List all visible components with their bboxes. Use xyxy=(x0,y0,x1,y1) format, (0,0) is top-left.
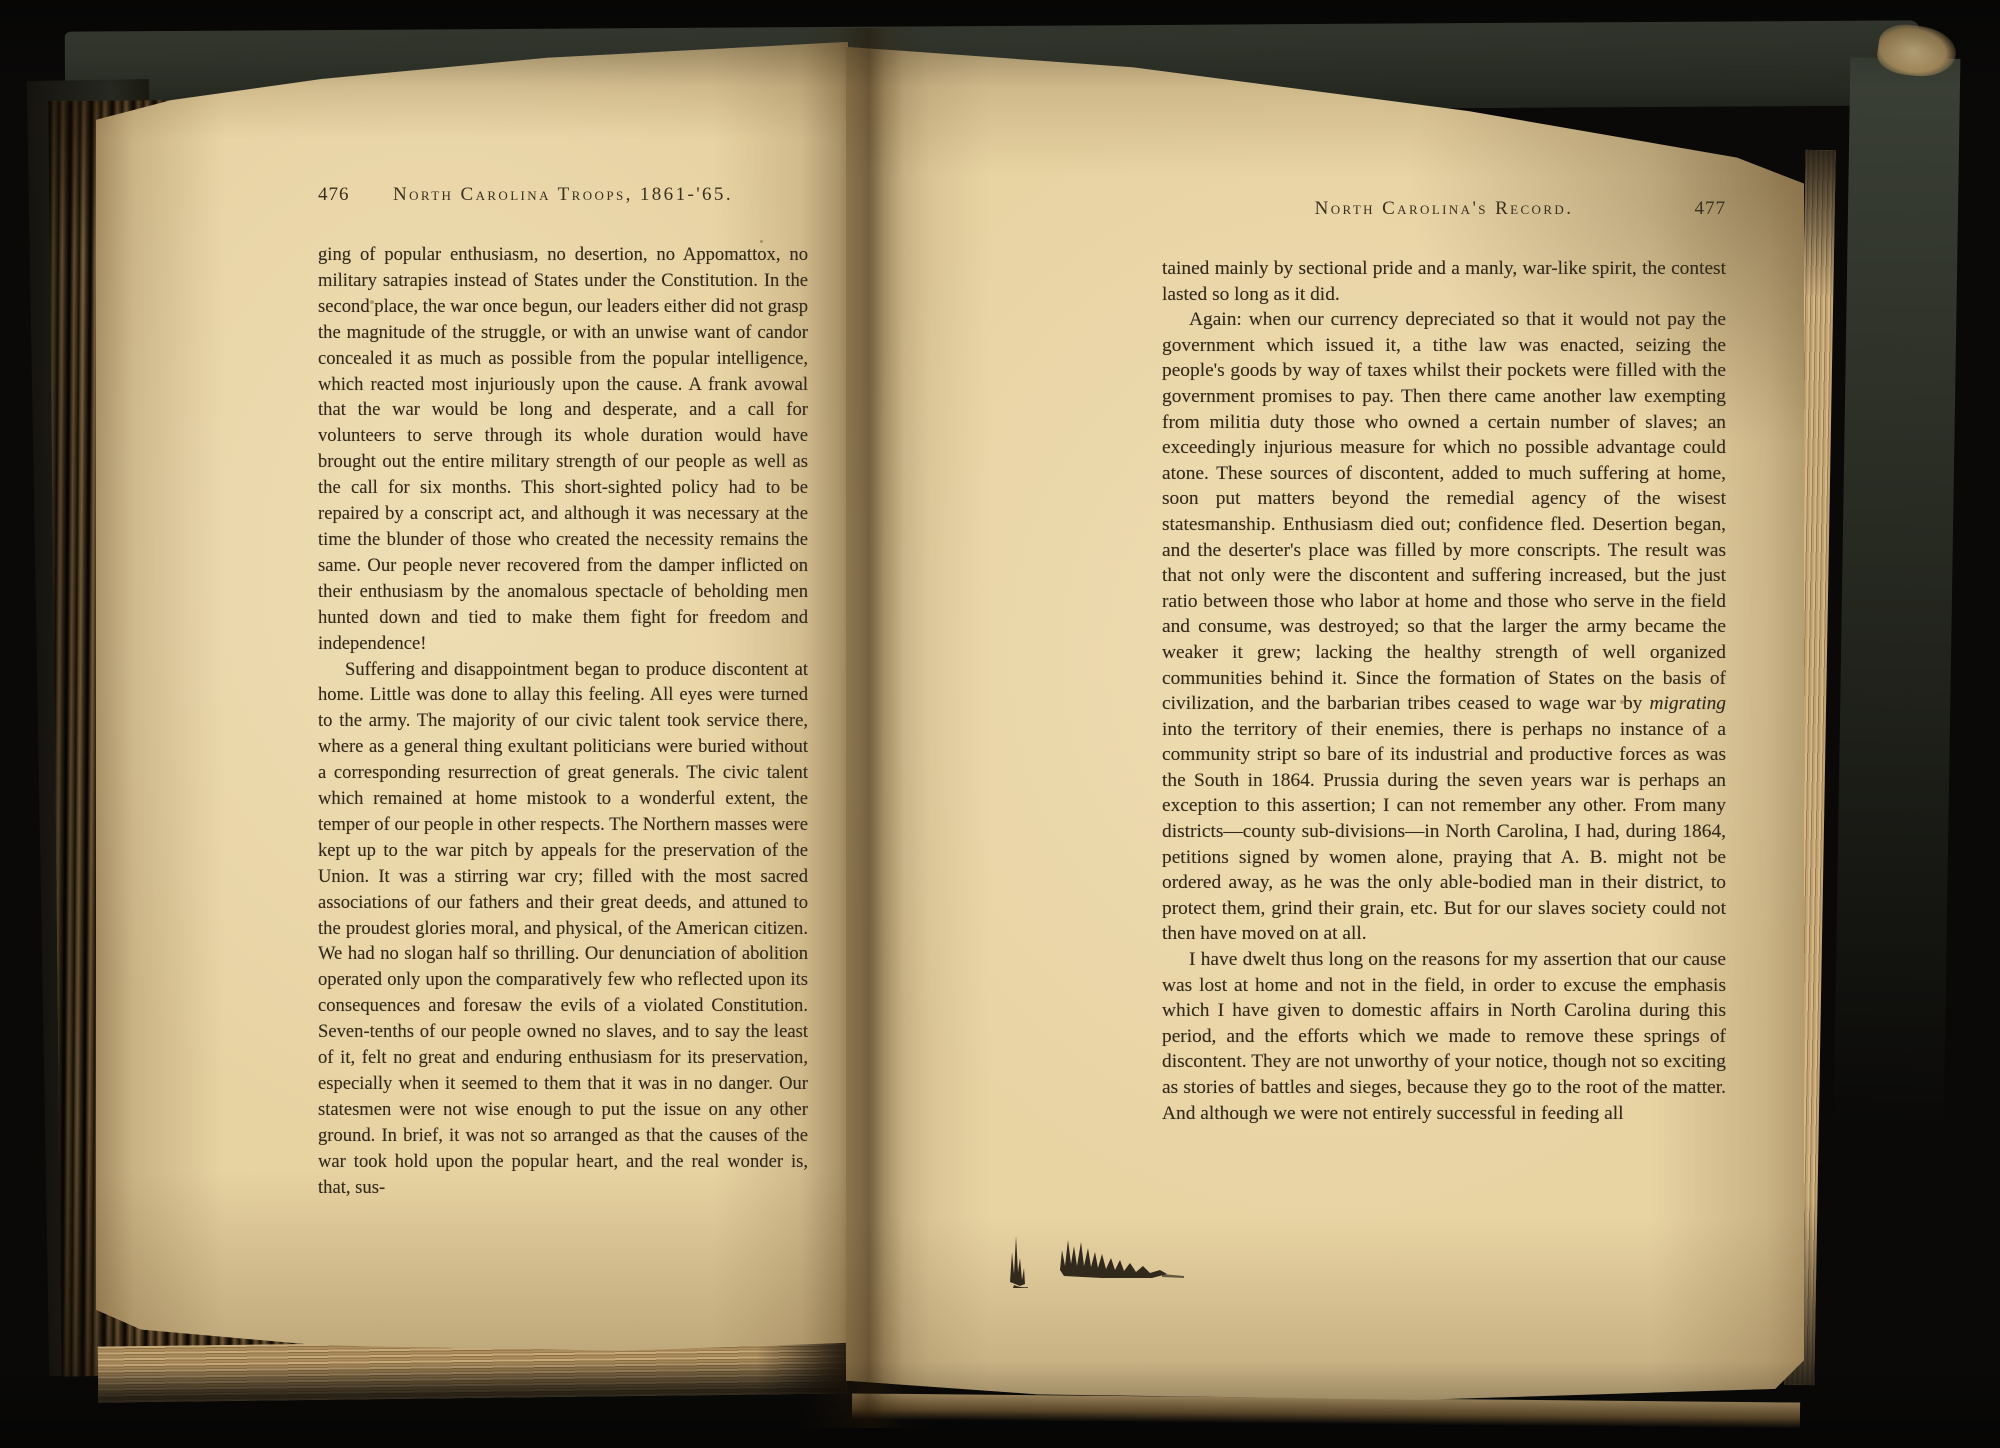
right-page-header: North Carolina's Record. 477 xyxy=(1162,198,1726,224)
left-page-text-block: 476 North Carolina Troops, 1861-'65. gin… xyxy=(318,184,808,1201)
paper-speck xyxy=(370,300,374,304)
left-running-header: North Carolina Troops, 1861-'65. xyxy=(393,184,733,205)
paragraph: ging of popular enthusiasm, no desertion… xyxy=(318,242,808,657)
left-page: 476 North Carolina Troops, 1861-'65. gin… xyxy=(96,34,848,1356)
open-book-photo: 476 North Carolina Troops, 1861-'65. gin… xyxy=(0,0,2000,1448)
paper-speck xyxy=(330,905,333,908)
paragraph: I have dwelt thus long on the reasons fo… xyxy=(1162,947,1726,1126)
paragraph-segment: into the territory of their enemies, the… xyxy=(1162,719,1726,945)
paper-speck xyxy=(1620,700,1624,704)
left-page-body: ging of popular enthusiasm, no desertion… xyxy=(318,242,808,1201)
right-page-text-block: North Carolina's Record. 477 tained main… xyxy=(1162,198,1726,1126)
right-page: North Carolina's Record. 477 tained main… xyxy=(846,40,1804,1408)
left-page-header: 476 North Carolina Troops, 1861-'65. xyxy=(318,184,808,210)
paragraph: Again: when our currency depreciated so … xyxy=(1162,307,1726,947)
right-page-body: tained mainly by sectional pride and a m… xyxy=(1162,256,1726,1126)
paper-speck xyxy=(760,240,763,243)
ink-smudge xyxy=(1002,1222,1192,1288)
page-bottom-edge-right xyxy=(852,1393,1800,1428)
book-cover-right-edge xyxy=(1834,57,1961,1129)
left-page-number: 476 xyxy=(318,184,350,206)
paper-speck xyxy=(1212,520,1215,523)
paragraph-segment: Again: when our currency depreciated so … xyxy=(1162,309,1726,714)
paragraph: tained mainly by sectional pride and a m… xyxy=(1162,256,1726,307)
right-running-header: North Carolina's Record. xyxy=(1315,198,1574,219)
right-page-number: 477 xyxy=(1695,198,1727,220)
paragraph: Suffering and disappointment began to pr… xyxy=(318,657,808,1201)
paragraph-italic-word: migrating xyxy=(1650,693,1727,714)
